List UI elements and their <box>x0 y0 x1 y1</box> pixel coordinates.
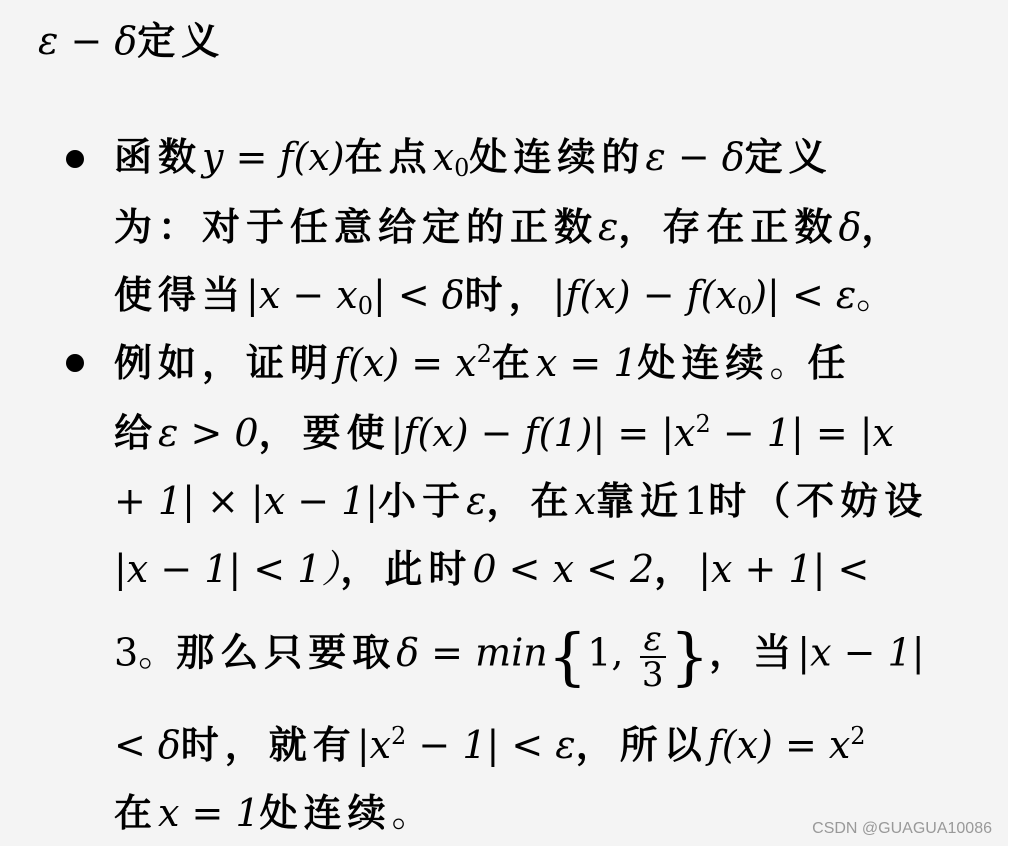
math: + 1| × |x − 1| <box>114 479 378 523</box>
text: ，此时 <box>340 546 472 591</box>
text: 处连续的 <box>469 134 645 179</box>
text: 使得当 <box>114 272 246 317</box>
bullet-2-line-4: |x − 1| < 1），此时0 < x < 2，|x + 1| < <box>114 550 869 589</box>
text: 定义 <box>745 134 833 179</box>
bullet-2-line-6: < δ时，就有|x2 − 1| < ε，所以f(x) = x2 <box>114 724 866 765</box>
watermark: CSDN @GUAGUA10086 <box>812 820 992 838</box>
section-title: ε − δ定义 <box>38 22 225 61</box>
math: x <box>433 135 454 179</box>
numerator: ε <box>640 622 666 658</box>
subscript: 0 <box>358 292 373 320</box>
superscript: 2 <box>695 410 710 438</box>
text: 。 <box>770 341 808 385</box>
math: < δ <box>114 723 181 767</box>
math: |x <box>357 723 391 767</box>
bullet-2-line-5: 3。那么只要取δ = min{1, ε3}，当|x − 1| <box>114 622 925 692</box>
bullet-1-line-3: 使得当|x − x0| < δ时，|f(x) − f(x0)| < ε。 <box>114 276 894 318</box>
text: 处连续 <box>260 790 392 835</box>
text: 。 <box>856 273 894 317</box>
superscript: 2 <box>477 340 492 368</box>
text: 在 <box>114 790 158 835</box>
math: 0 < x < 2 <box>472 547 654 591</box>
text: 时， <box>465 272 553 317</box>
text: 在点 <box>345 134 433 179</box>
math: )| < ε <box>752 273 856 317</box>
math: |f(x) − f(x <box>553 273 737 317</box>
text: 。 <box>392 791 430 835</box>
bullet-icon <box>66 354 84 372</box>
bullet-2-line-2: 给ε > 0，要使|f(x) − f(1)| = |x2 − 1| = |x <box>114 412 894 453</box>
math: 1, <box>587 631 635 675</box>
math: f(x) = x <box>708 723 851 767</box>
text: ， <box>861 204 905 249</box>
math: y = f(x) <box>202 135 345 179</box>
math: ε > 0 <box>158 411 259 455</box>
text: 任 <box>808 340 852 385</box>
text: ，要使 <box>259 410 391 455</box>
math: ε <box>598 205 618 249</box>
math: δ <box>838 205 861 249</box>
text: 为：对于任意给定的正数 <box>114 204 598 249</box>
bullet-1-line-1: 函数y = f(x)在点x0处连续的ε − δ定义 <box>114 138 833 180</box>
superscript: 2 <box>850 722 865 750</box>
text: 时，就有 <box>181 722 357 767</box>
math: |x + 1| < <box>698 547 869 591</box>
bullet-icon <box>66 150 84 168</box>
math: − 1| < ε <box>406 723 575 767</box>
subscript: 0 <box>454 154 469 182</box>
math: x <box>575 479 596 523</box>
math: | < δ <box>373 273 465 317</box>
text: ，存在正数 <box>618 204 838 249</box>
math: 1 <box>684 479 708 523</box>
math: |f(x) − f(1)| = |x <box>391 411 696 455</box>
superscript: 2 <box>391 722 406 750</box>
title-math: ε − δ <box>38 19 137 63</box>
title-text: 定义 <box>137 18 225 63</box>
text: 处连续 <box>638 340 770 385</box>
text: ，在 <box>487 478 575 523</box>
text: ，当 <box>709 630 797 675</box>
math: |x − 1| < 1） <box>114 547 340 591</box>
math: ε <box>466 479 486 523</box>
text: 小于 <box>378 478 466 523</box>
text: ， <box>654 546 698 591</box>
left-brace: { <box>548 620 587 693</box>
math: x = 1 <box>536 341 638 385</box>
math: δ = min <box>396 631 548 675</box>
math: x = 1 <box>158 791 260 835</box>
math: f(x) = x <box>334 341 477 385</box>
text: 那么只要取 <box>176 630 396 675</box>
text: 靠近 <box>596 478 684 523</box>
text: 。 <box>138 631 176 675</box>
subscript: 0 <box>737 292 752 320</box>
text: 例如，证明 <box>114 340 334 385</box>
text: 给 <box>114 410 158 455</box>
right-brace: } <box>670 620 709 693</box>
bullet-1-line-2: 为：对于任意给定的正数ε，存在正数δ， <box>114 208 905 247</box>
fraction: ε3 <box>640 622 666 692</box>
math: 3 <box>114 631 138 675</box>
text: 函数 <box>114 134 202 179</box>
math: |x − 1| <box>797 631 924 675</box>
math: |x − x <box>246 273 358 317</box>
denominator: 3 <box>640 658 666 692</box>
text: ，所以 <box>576 722 708 767</box>
text: 时（不妨设 <box>708 478 928 523</box>
math: ε − δ <box>645 135 744 179</box>
bullet-2-line-3: + 1| × |x − 1|小于ε，在x靠近1时（不妨设 <box>114 482 928 521</box>
bullet-2-line-7: 在x = 1处连续。 <box>114 794 430 833</box>
document-page: ε − δ定义 函数y = f(x)在点x0处连续的ε − δ定义 为：对于任意… <box>0 0 1008 846</box>
text: 在 <box>492 340 536 385</box>
bullet-2-line-1: 例如，证明f(x) = x2在x = 1处连续。任 <box>114 342 852 383</box>
math: − 1| = |x <box>711 411 894 455</box>
